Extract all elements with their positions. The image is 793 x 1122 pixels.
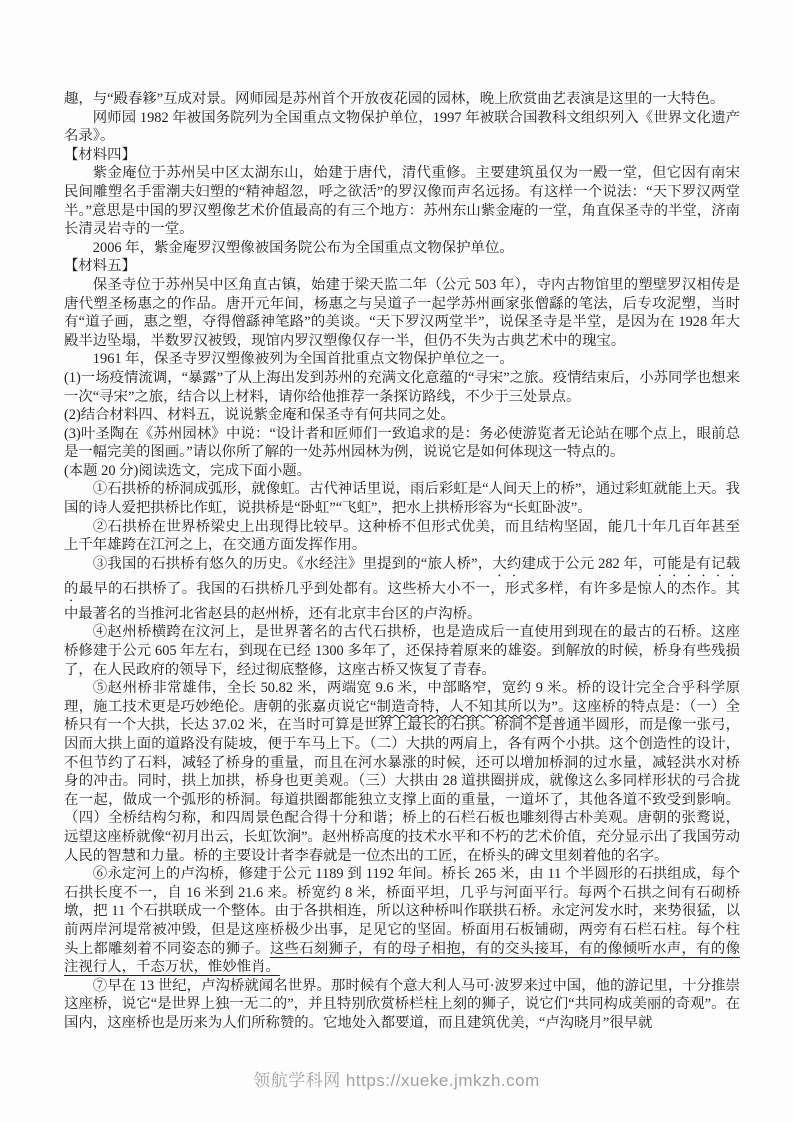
text-run: 保圣寺位于苏州吴中区角直古镇，始建于梁天监二年（公元 503 年），寺内古物馆里… [64,277,740,349]
passage-paragraph-4: ④赵州桥横跨在汶河上，是世界著名的古代石拱桥，也是造成后一直使用到现在的最古的石… [64,623,740,679]
material3-heritage-line: 网师园 1982 年被国务院列为全国重点文物保护单位，1997 年被联合国教科文… [64,109,740,146]
reading-task-header: (本题 20 分)阅读选文，完成下面小题。 [64,462,740,481]
material4-heritage-line: 2006 年，紫金庵罗汉塑像被国务院公布为全国重点文物保护单位。 [64,239,740,258]
passage-paragraph-2: ②石拱桥在世界桥梁史上出现得比较早。这种桥不但形式优美，而且结构坚固，能几十年几… [64,518,740,555]
passage-paragraph-6: ⑥永定河上的卢沟桥，修建于公元 1189 到 1192 年间。桥长 265 米，… [64,865,740,977]
question-3: (3)叶圣陶在《苏州园林》中说：“设计者和匠师们一致追求的是：务必使游览者无论站… [64,425,740,462]
text-run: ”。这座桥的特点是：（一）全桥只有一个大拱，长达 37.02 米，在当时可算是世… [64,699,740,864]
passage-paragraph-1: ①石拱桥的桥洞成弧形，就像虹。古代神话里说，雨后彩虹是“人间天上的桥”，通过彩虹… [64,480,740,517]
text-run: (本题 20 分)阅读选文，完成下面小题。 [64,463,311,479]
text-run-dots: 大约 [492,556,521,572]
text-run: ④赵州桥横跨在汶河上，是世界著名的古代石拱桥，也是造成后一直使用到现在的最古的石… [64,624,740,677]
question-2: (2)结合材料四、材料五，说说紫金庵和保圣寺有何共同之处。 [64,406,740,425]
material5-heritage-line: 1961 年，保圣寺罗汉塑像被列为全国首批重点文物保护单位之一。 [64,350,740,369]
question-1: (1)一场疫情流调，“暴露”了从上海出发到苏州的充满文化意蕴的“寻宋”之旅。疫情… [64,369,740,406]
text-run: 建成于公元 282 年， [521,556,652,572]
text-run: 紫金庵位于苏州吴中区太湖东山，始建于唐代，清代重修。主要建筑虽仅为一殿一堂，但它… [64,165,740,237]
text-run: (1)一场疫情流调，“暴露”了从上海出发到苏州的充满文化意蕴的“寻宋”之旅。疫情… [64,370,740,405]
material4-body: 紫金庵位于苏州吴中区太湖东山，始建于唐代，清代重修。主要建筑虽仅为一殿一堂，但它… [64,164,740,238]
text-run: (2)结合材料四、材料五，说说紫金庵和保圣寺有何共同之处。 [64,407,455,423]
material5-body: 保圣寺位于苏州吴中区角直古镇，始建于梁天监二年（公元 503 年），寺内古物馆里… [64,276,740,350]
text-run: (3)叶圣陶在《苏州园林》中说：“设计者和匠师们一致追求的是：务必使游览者无论站… [64,426,740,461]
text-run: 网师园 1982 年被国务院列为全国重点文物保护单位，1997 年被联合国教科文… [64,110,740,145]
passage-paragraph-7: ⑦早在 13 世纪，卢沟桥就闻名世界。那时候有个意大利人马可·波罗来过中国，他的… [64,977,740,1033]
text-run-wavy: 制造奇特，人不知其所以为 [376,699,551,715]
document-body: 趣，与“殿春簃”互成对景。网师园是苏州首个开放夜花园的园林，晚上欣赏曲艺表演是这… [64,90,740,1033]
text-run: 2006 年，紫金庵罗汉塑像被国务院公布为全国重点文物保护单位。 [93,240,514,256]
text-run: 趣，与“殿春簃”互成对景。网师园是苏州首个开放夜花园的园林，晚上欣赏曲艺表演是这… [64,91,724,107]
text-run: 最早的石拱桥了。我国的石拱桥几乎到处都有。这些桥大小不一，形式多样，有许多是惊人… [64,581,740,622]
site-watermark: 领航学科网 https://xueke.jmkzh.com [0,1066,793,1091]
passage-paragraph-5: ⑤赵州桥非常雄伟，全长 50.82 米，两端宽 9.6 米，中部略窄，宽约 9 … [64,679,740,865]
passage-paragraph-3: ③我国的石拱桥有悠久的历史。《水经注》里提到的“旅人桥”，大约建成于公元 282… [64,555,740,624]
text-run: ③我国的石拱桥有悠久的历史。《水经注》里提到的“旅人桥”， [93,556,493,572]
material3-continuation: 趣，与“殿春簃”互成对景。网师园是苏州首个开放夜花园的园林，晚上欣赏曲艺表演是这… [64,90,740,109]
text-run: ②石拱桥在世界桥梁史上出现得比较早。这种桥不但形式优美，而且结构坚固，能几十年几… [64,519,740,554]
material5-heading: 【材料五】 [64,257,740,276]
text-run: ①石拱桥的桥洞成弧形，就像虹。古代神话里说，雨后彩虹是“人间天上的桥”，通过彩虹… [64,481,740,516]
text-run: 1961 年，保圣寺罗汉塑像被列为全国首批重点文物保护单位之一。 [93,351,514,367]
text-run: ⑦早在 13 世纪，卢沟桥就闻名世界。那时候有个意大利人马可·波罗来过中国，他的… [64,978,740,1031]
material4-heading: 【材料四】 [64,146,740,165]
scanned-exam-page: 趣，与“殿春簃”互成对景。网师园是苏州首个开放夜花园的园林，晚上欣赏曲艺表演是这… [0,0,793,1122]
text-run: 【材料四】 [64,147,136,163]
text-run: 【材料五】 [64,258,136,274]
